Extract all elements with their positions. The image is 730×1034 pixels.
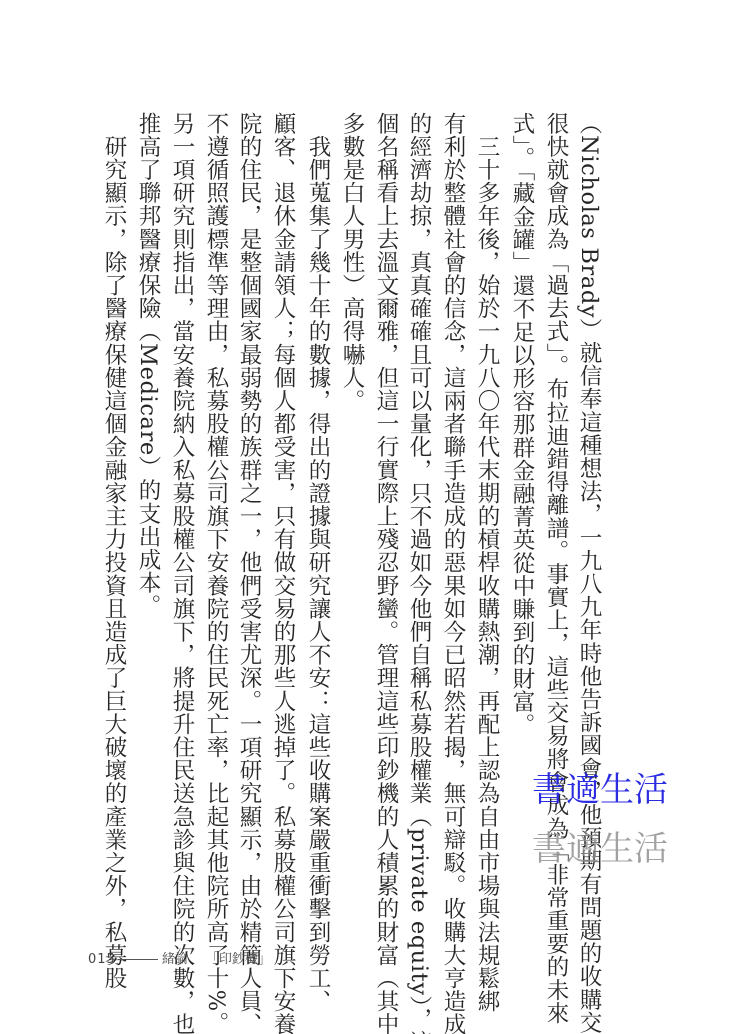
text-column-11: 院的住民，是整個國家最弱勢的族群之一，他們受害尤深。一項研究顯示，由於精簡人員、 xyxy=(234,112,264,872)
text-column-10: 顧客、退休金請領人；每個人都受害，只有做交易的那些人逃掉了。私募股權公司旗下安養 xyxy=(268,112,298,872)
chapter-title: 緒論 xyxy=(162,952,188,967)
text-column-5: 有利於整體社會的信念，這兩者聯手造成的惡果如今已昭然若揭，無可辯駁。收購大亨造成 xyxy=(438,112,468,872)
text-column-3: 式」。「藏金罐」還不足以形容那群金融菁英從中賺到的財富。 xyxy=(507,112,537,872)
book-page: （Nicholas Brady）就信奉這種想法，一九八九年時他告訴國會，他預期有… xyxy=(0,0,730,1034)
text-column-1: （Nicholas Brady）就信奉這種想法，一九八九年時他告訴國會，他預期有… xyxy=(574,112,604,872)
text-column-6: 的經濟劫掠，真真確確且可以量化，只不過如今他們自稱私募股權業（private e… xyxy=(404,112,434,872)
text-column-8: 多數是白人男性）高得嚇人。 xyxy=(337,112,367,872)
page-footer: 015緒論「印鈔機」 xyxy=(88,948,271,967)
section-title: 「印鈔機」 xyxy=(206,952,271,967)
footer-rule xyxy=(118,959,158,960)
page-number: 015 xyxy=(88,952,116,967)
watermark-gray: 書適生活 xyxy=(532,832,668,866)
text-column-13: 另一項研究則指出，當安養院納入私募股權公司旗下，將提升住民送急診與住院的次數，也 xyxy=(167,112,197,872)
text-column-4: 三十多年後，始於一九八〇年代末期的槓桿收購熱潮，再配上認為自由市場與法規鬆綁 xyxy=(472,112,502,872)
text-column-7: 個名稱看上去溫文爾雅，但這一行實際上殘忍野蠻。管理這些印鈔機的人積累的財富（其中 xyxy=(371,112,401,872)
text-column-2: 很快就會成為「過去式」。布拉迪錯得離譜。事實上，這些交易將會成為「非常重要的未來 xyxy=(541,112,571,872)
text-column-12: 不遵循照護標準等理由，私募股權公司旗下安養院的住民死亡率，比起其他院所高了十%。 xyxy=(201,112,231,872)
text-column-15: 研究顯示，除了醫療保健這個金融家主力投資且造成了巨大破壞的產業之外，私募股 xyxy=(99,112,129,872)
watermark-blue: 書適生活 xyxy=(532,773,668,807)
text-column-14: 推高了聯邦醫療保險（Medicare）的支出成本。 xyxy=(133,112,163,872)
text-column-9: 我們蒐集了幾十年的數據，得出的證據與研究讓人不安：這些收購案嚴重衝擊到勞工、 xyxy=(303,112,333,872)
